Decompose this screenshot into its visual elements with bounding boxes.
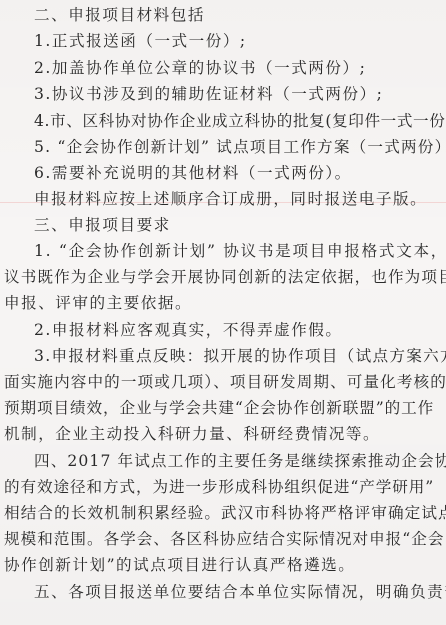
material-item-4: 4.市、区科协对协作企业成立科协的批复(复印件一式一份); <box>34 108 446 134</box>
requirement-1-line-1: 1. “企会协作创新计划” 协议书是项目申报格式文本，协 <box>34 238 446 264</box>
requirement-3-line-4: 机制，企业主动投入科研力量、科研经费情况等。 <box>4 421 446 447</box>
material-item-6: 6.需要补充说明的其他材料（一式两份）。 <box>34 160 446 186</box>
section-4-line-3: 相结合的长效机制积累经验。武汉市科协将严格评审确定试点 <box>4 500 446 526</box>
requirement-3-line-1: 3.申报材料重点反映：拟开展的协作项目（试点方案六方 <box>34 343 446 369</box>
section-heading-requirements: 三、申报项目要求 <box>34 212 446 238</box>
scanned-document-page: 二、申报项目材料包括 1.正式报送函（一式一份）; 2.加盖协作单位公章的协议书… <box>0 0 446 625</box>
requirement-3-line-2: 面实施内容中的一项或几项）、项目研发周期、可量化考核的 <box>4 369 446 395</box>
section-4-line-4: 规模和范围。各学会、各区科协应结合实际情况对申报“企会 <box>4 526 446 552</box>
section-4-line-1: 四、2017 年试点工作的主要任务是继续探索推动企会协作 <box>34 448 446 474</box>
section-4-line-2: 的有效途径和方式，为进一步形成科协组织促进“产学研用” <box>4 474 446 500</box>
section-heading-materials: 二、申报项目材料包括 <box>34 2 446 28</box>
section-5-line-1: 五、各项目报送单位要结合本单位实际情况，明确负责部 <box>34 579 446 605</box>
material-item-2: 2.加盖协作单位公章的协议书（一式两份）; <box>34 55 446 81</box>
requirement-1-line-3: 申报、评审的主要依据。 <box>4 290 446 316</box>
material-item-3: 3.协议书涉及到的辅助佐证材料（一式两份）; <box>34 81 446 107</box>
section-4-line-5: 协作创新计划”的试点项目进行认真严格遴选。 <box>4 552 446 578</box>
requirement-2: 2.申报材料应客观真实，不得弄虚作假。 <box>34 317 446 343</box>
material-item-1: 1.正式报送函（一式一份）; <box>34 28 446 54</box>
requirement-1-line-2: 议书既作为企业与学会开展协同创新的法定依据，也作为项目 <box>4 264 446 290</box>
requirement-3-line-3: 预期项目绩效，企业与学会共建“企会协作创新联盟”的工作 <box>4 395 446 421</box>
materials-note: 申报材料应按上述顺序合订成册，同时报送电子版。 <box>34 186 446 212</box>
material-item-5: 5. “企会协作创新计划” 试点项目工作方案（一式两份）; <box>34 134 446 160</box>
